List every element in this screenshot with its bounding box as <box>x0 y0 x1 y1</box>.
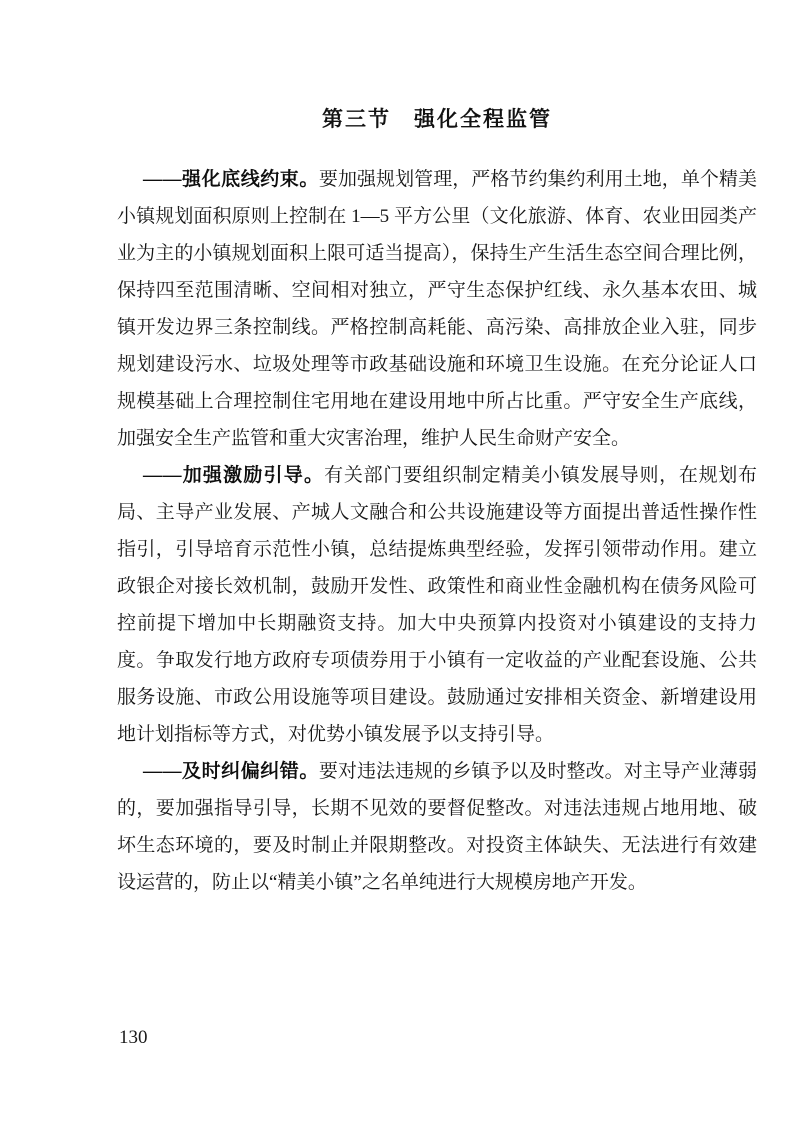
section-title: 第三节 强化全程监管 <box>117 104 757 134</box>
page-number: 130 <box>119 1027 148 1049</box>
paragraph-lead: ——强化底线约束。 <box>143 169 319 190</box>
document-body: ——强化底线约束。要加强规划管理，严格节约集约利用土地，单个精美小镇规划面积原则… <box>117 161 757 901</box>
paragraph-lead: ——加强激励引导。 <box>143 465 324 486</box>
paragraph-text: 有关部门要组织制定精美小镇发展导则，在规划布局、主导产业发展、产城人文融合和公共… <box>117 465 757 745</box>
document-page: 第三节 强化全程监管 ——强化底线约束。要加强规划管理，严格节约集约利用土地，单… <box>0 0 793 1122</box>
paragraph: ——及时纠偏纠错。要对违法违规的乡镇予以及时整改。对主导产业薄弱的，要加强指导引… <box>117 753 757 901</box>
paragraph-lead: ——及时纠偏纠错。 <box>143 761 319 782</box>
paragraph: ——加强激励引导。有关部门要组织制定精美小镇发展导则，在规划布局、主导产业发展、… <box>117 457 757 753</box>
paragraph: ——强化底线约束。要加强规划管理，严格节约集约利用土地，单个精美小镇规划面积原则… <box>117 161 757 457</box>
paragraph-text: 要加强规划管理，严格节约集约利用土地，单个精美小镇规划面积原则上控制在 1—5 … <box>117 169 757 449</box>
